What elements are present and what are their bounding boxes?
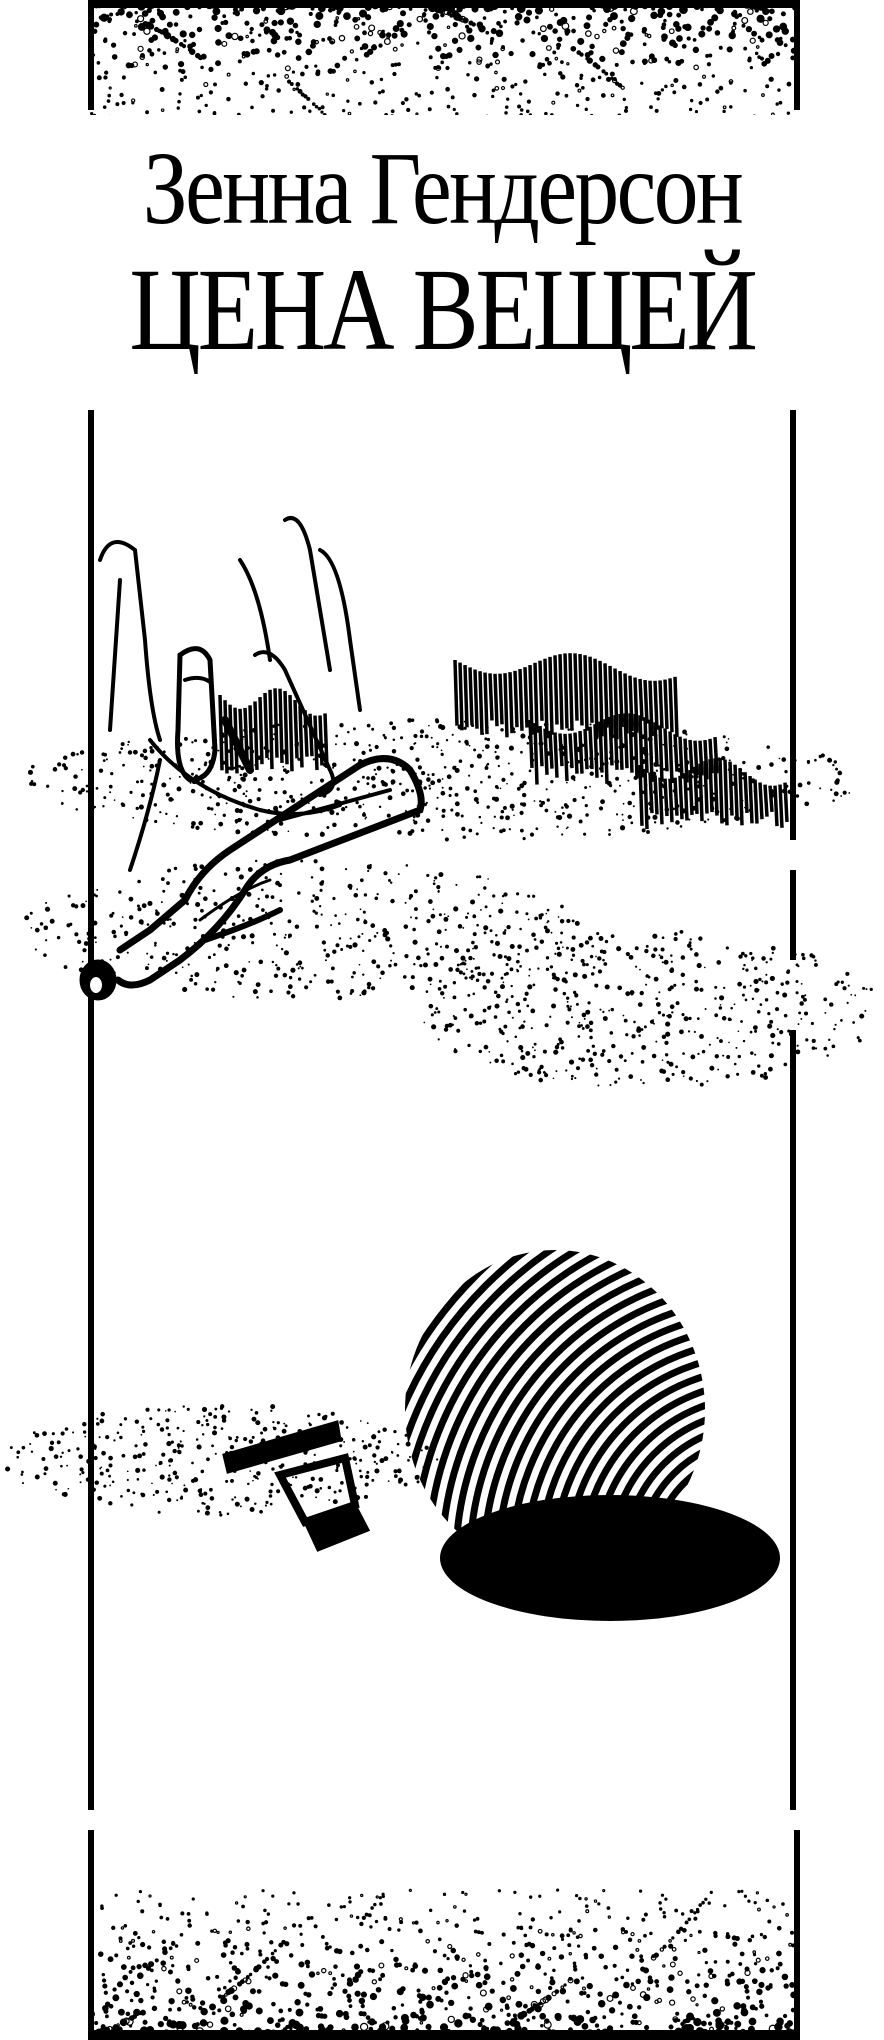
right-rail [790, 410, 796, 1810]
title-block: Зенна Гендерсон ЦЕНА ВЕЩЕЙ [0, 130, 884, 372]
book-title: ЦЕНА ВЕЩЕЙ [71, 248, 814, 372]
author-name: Зенна Гендерсон [62, 130, 822, 248]
striped-sphere [330, 1130, 884, 1810]
bottle-drawing [80, 759, 421, 1000]
left-rail [88, 410, 94, 1810]
box-object [224, 1422, 368, 1550]
hand-drawing [100, 518, 360, 870]
top-stipple-band [88, 0, 800, 115]
bottom-stipple-band [88, 1830, 800, 2040]
book-cover-page: Зенна Гендерсон ЦЕНА ВЕЩЕЙ [0, 0, 884, 2040]
cover-illustration [0, 410, 884, 1810]
